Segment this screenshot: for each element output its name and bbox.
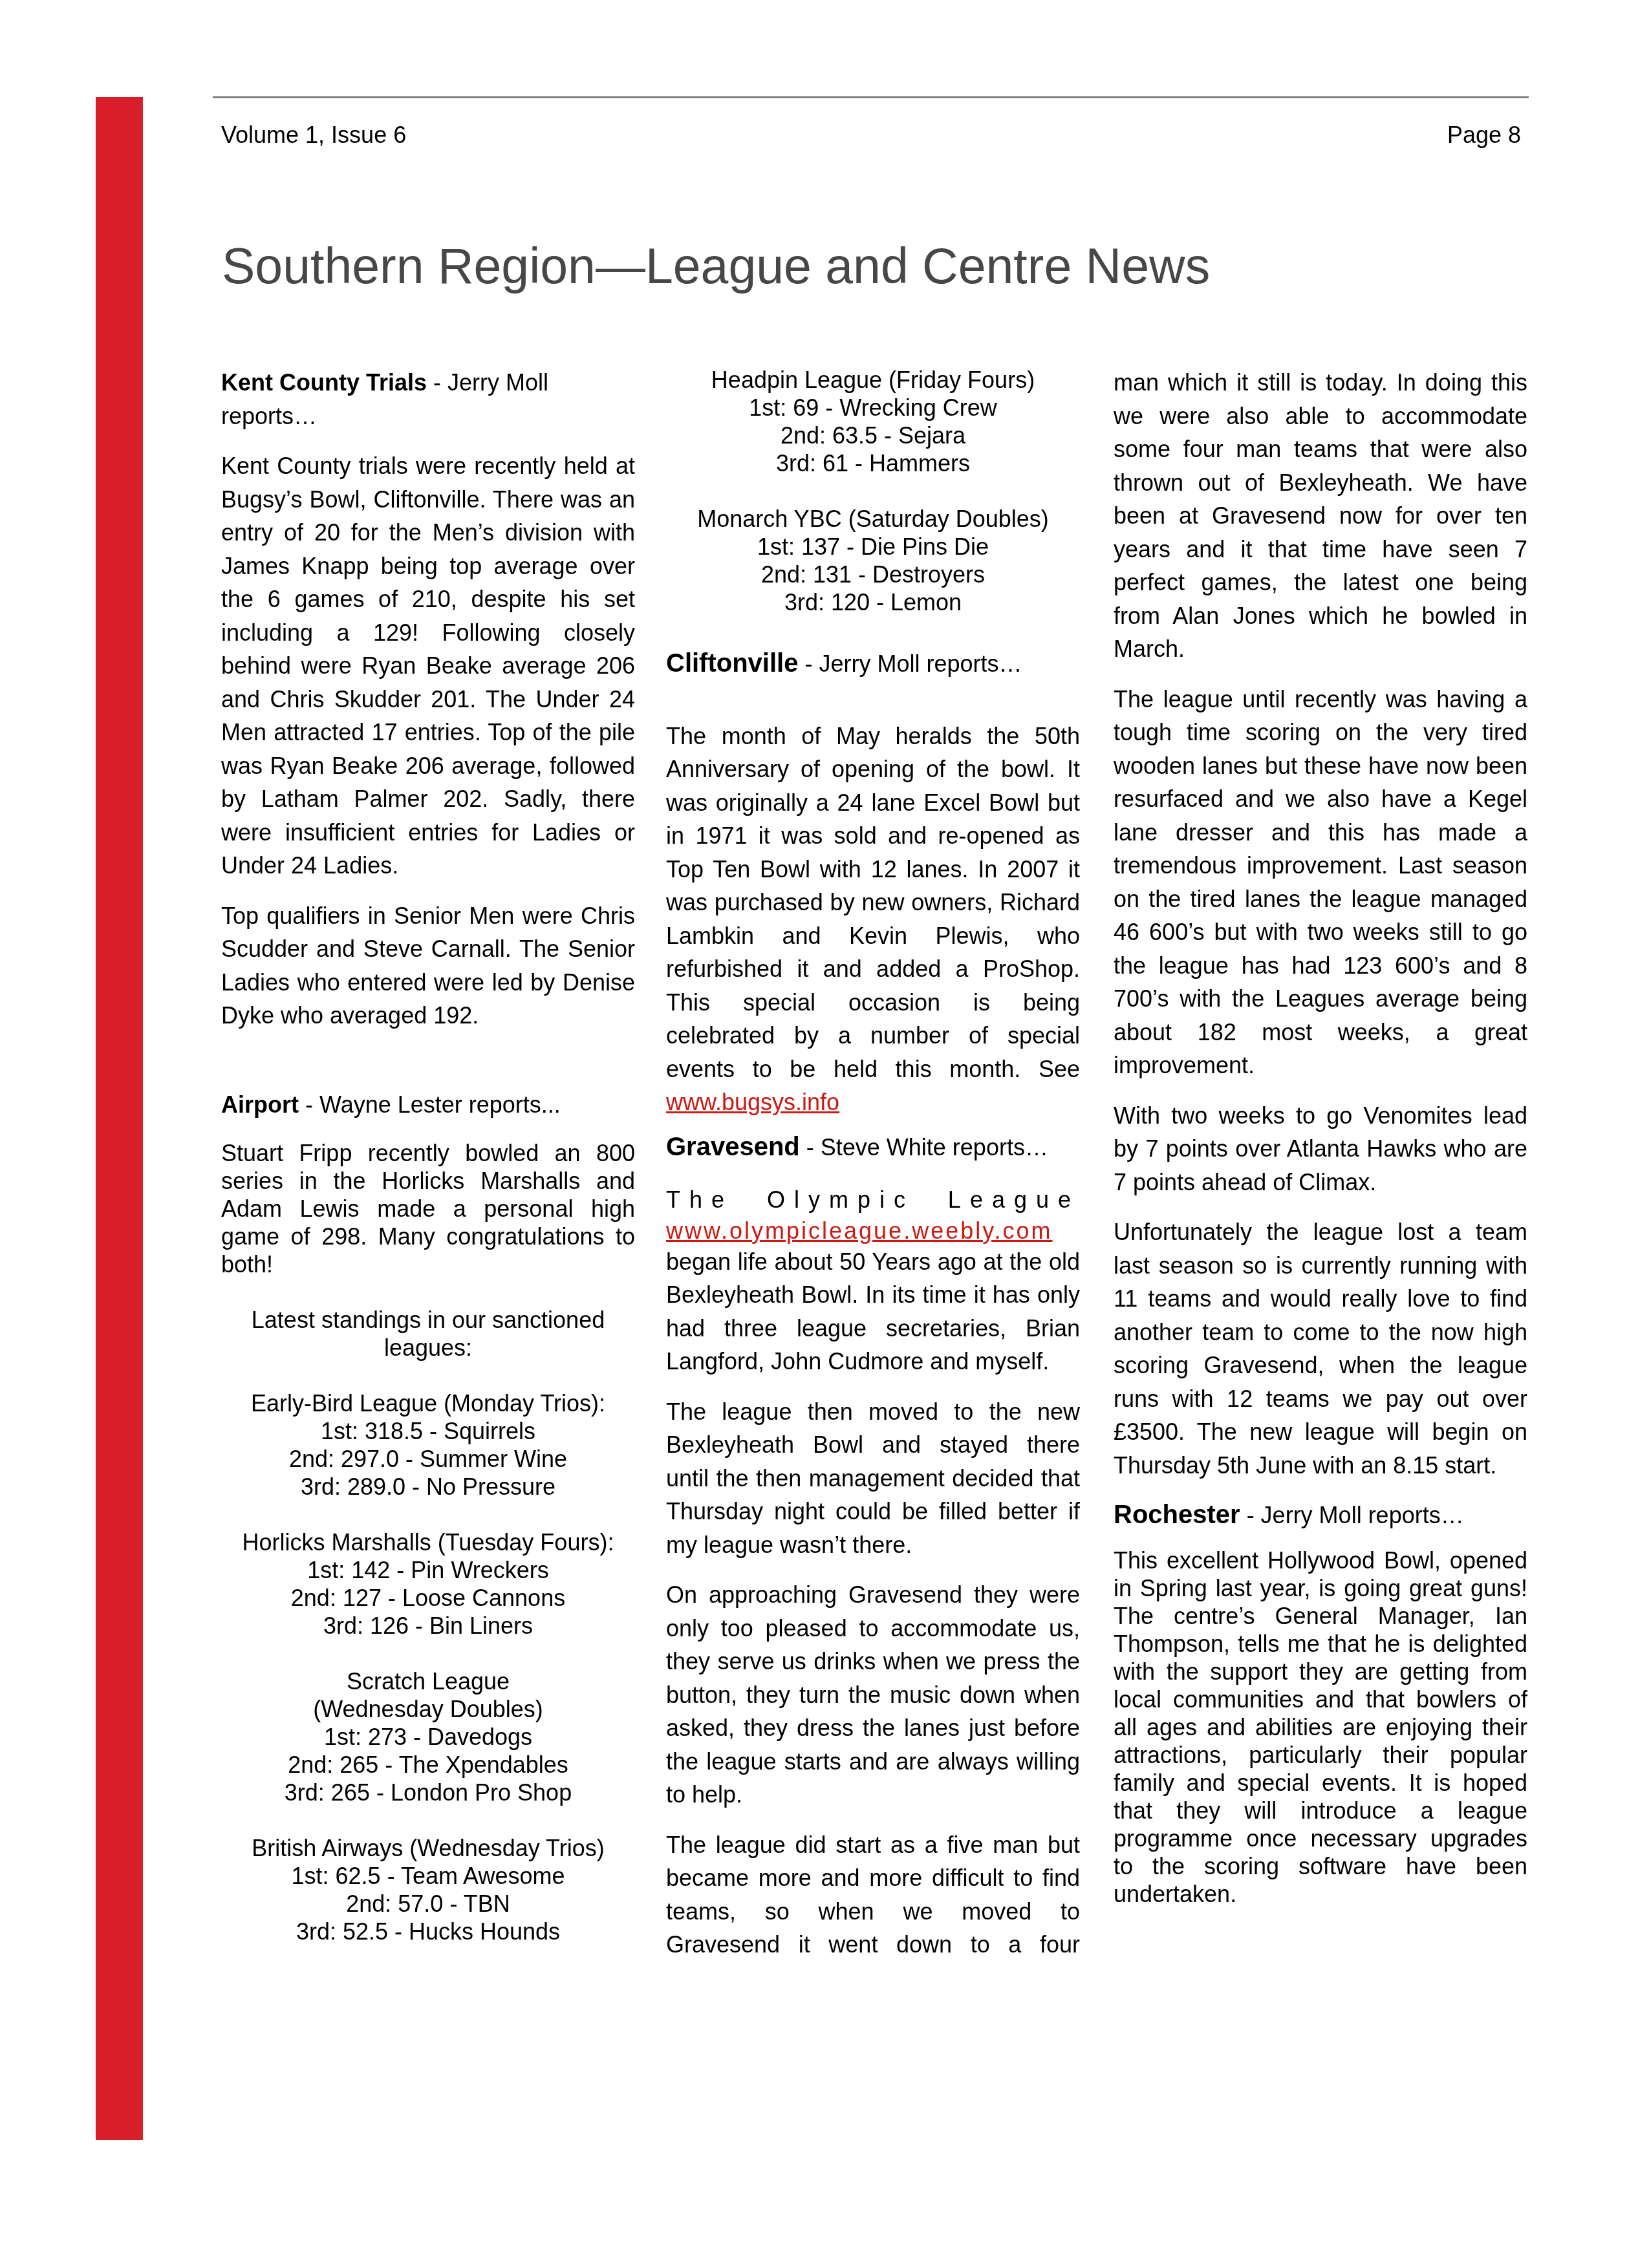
- gravesend-paragraph-5: The league until recently was having a t…: [1114, 683, 1527, 1082]
- standings-intro: Latest standings in our sanctioned leagu…: [221, 1306, 635, 1362]
- airport-heading: Airport: [221, 1091, 299, 1118]
- rochester-heading-line: Rochester - Jerry Moll reports…: [1114, 1499, 1527, 1532]
- league-place: 1st: 137 - Die Pins Die: [666, 533, 1080, 561]
- league-place: 3rd: 61 - Hammers: [666, 449, 1080, 477]
- league-block: British Airways (Wednesday Trios) 1st: 6…: [221, 1834, 635, 1945]
- league-place: 2nd: 57.0 - TBN: [221, 1890, 635, 1918]
- kent-heading-line: Kent County Trials - Jerry Moll reports…: [221, 366, 635, 433]
- bugsys-link[interactable]: www.bugsys.info: [666, 1089, 839, 1115]
- page-number: Page 8: [1447, 121, 1521, 149]
- league-place: 3rd: 289.0 - No Pressure: [221, 1473, 635, 1501]
- league-name: Early-Bird League (Monday Trios):: [221, 1389, 635, 1417]
- kent-heading: Kent County Trials: [221, 369, 427, 396]
- rochester-heading: Rochester: [1114, 1501, 1240, 1529]
- league-place: 1st: 62.5 - Team Awesome: [221, 1862, 635, 1890]
- league-place: 1st: 69 - Wrecking Crew: [666, 394, 1080, 422]
- league-name: Headpin League (Friday Fours): [666, 366, 1080, 394]
- kent-paragraph-1: Kent County trials were recently held at…: [221, 449, 635, 883]
- gravesend-paragraph-4a: The league did start as a five man but b…: [666, 1828, 1080, 1962]
- airport-heading-line: Airport - Wayne Lester reports...: [221, 1088, 635, 1122]
- league-name: Monarch YBC (Saturday Doubles): [666, 505, 1080, 533]
- cliftonville-byline: - Jerry Moll reports…: [798, 650, 1022, 677]
- rochester-paragraph: This excellent Hollywood Bowl, opened in…: [1114, 1546, 1527, 1908]
- column-2: Headpin League (Friday Fours) 1st: 69 - …: [666, 366, 1080, 1978]
- header-rule: [213, 96, 1529, 98]
- league-place: 3rd: 126 - Bin Liners: [221, 1612, 635, 1640]
- league-place: 3rd: 52.5 - Hucks Hounds: [221, 1918, 635, 1945]
- page-title: Southern Region—League and Centre News: [222, 234, 1210, 299]
- league-block: Horlicks Marshalls (Tuesday Fours): 1st:…: [221, 1528, 635, 1640]
- column-3: man which it still is today. In doing th…: [1114, 366, 1527, 1925]
- olympic-league-lead: The Olympic League: [666, 1183, 1080, 1217]
- league-place: 2nd: 127 - Loose Cannons: [221, 1584, 635, 1612]
- rochester-byline: - Jerry Moll reports…: [1240, 1502, 1464, 1528]
- league-name: British Airways (Wednesday Trios): [221, 1834, 635, 1862]
- league-place: 3rd: 120 - Lemon: [666, 588, 1080, 616]
- league-block: Scratch League (Wednesday Doubles) 1st: …: [221, 1667, 635, 1806]
- league-place: 2nd: 265 - The Xpendables: [221, 1751, 635, 1779]
- airport-byline: - Wayne Lester reports...: [299, 1091, 561, 1118]
- league-place: 2nd: 63.5 - Sejara: [666, 422, 1080, 449]
- league-name: Horlicks Marshalls (Tuesday Fours):: [221, 1528, 635, 1556]
- league-block: Early-Bird League (Monday Trios): 1st: 3…: [221, 1389, 635, 1501]
- league-place: 1st: 273 - Davedogs: [221, 1723, 635, 1751]
- league-name: Scratch League (Wednesday Doubles): [221, 1667, 635, 1723]
- league-place: 2nd: 297.0 - Summer Wine: [221, 1445, 635, 1473]
- league-place: 1st: 142 - Pin Wreckers: [221, 1556, 635, 1584]
- gravesend-paragraph-1-text: began life about 50 Years ago at the old…: [666, 1248, 1080, 1375]
- gravesend-paragraph-4b: man which it still is today. In doing th…: [1114, 366, 1527, 666]
- column-1: Kent County Trials - Jerry Moll reports……: [221, 366, 635, 1945]
- olympic-league-link[interactable]: www.olympicleague.weebly.com: [666, 1217, 1080, 1245]
- gravesend-paragraph-3: On approaching Gravesend they were only …: [666, 1578, 1080, 1812]
- gravesend-paragraph-7: Unfortunately the league lost a team las…: [1114, 1215, 1527, 1482]
- cliftonville-paragraph: The month of May heralds the 50th Annive…: [666, 720, 1080, 1119]
- volume-issue: Volume 1, Issue 6: [221, 121, 406, 149]
- gravesend-heading-line: Gravesend - Steve White reports…: [666, 1131, 1080, 1164]
- see-label: See: [1039, 1056, 1080, 1082]
- gravesend-byline: - Steve White reports…: [800, 1134, 1048, 1161]
- gravesend-paragraph-6: With two weeks to go Venomites lead by 7…: [1114, 1099, 1527, 1199]
- cliftonville-heading: Cliftonville: [666, 649, 798, 678]
- league-block: Monarch YBC (Saturday Doubles) 1st: 137 …: [666, 505, 1080, 616]
- cliftonville-heading-line: Cliftonville - Jerry Moll reports…: [666, 647, 1080, 681]
- gravesend-paragraph-2: The league then moved to the new Bexleyh…: [666, 1395, 1080, 1562]
- cliftonville-text: The month of May heralds the 50th Annive…: [666, 723, 1080, 1082]
- accent-sidebar-bar: [96, 97, 143, 2140]
- league-block: Headpin League (Friday Fours) 1st: 69 - …: [666, 366, 1080, 477]
- league-place: 3rd: 265 - London Pro Shop: [221, 1779, 635, 1806]
- league-place: 1st: 318.5 - Squirrels: [221, 1417, 635, 1445]
- gravesend-heading: Gravesend: [666, 1133, 800, 1161]
- league-place: 2nd: 131 - Destroyers: [666, 561, 1080, 588]
- gravesend-paragraph-1: The Olympic League www.olympicleague.wee…: [666, 1183, 1080, 1378]
- airport-paragraph-1: Stuart Fripp recently bowled an 800 seri…: [221, 1139, 635, 1278]
- kent-paragraph-2: Top qualifiers in Senior Men were Chris …: [221, 899, 635, 1032]
